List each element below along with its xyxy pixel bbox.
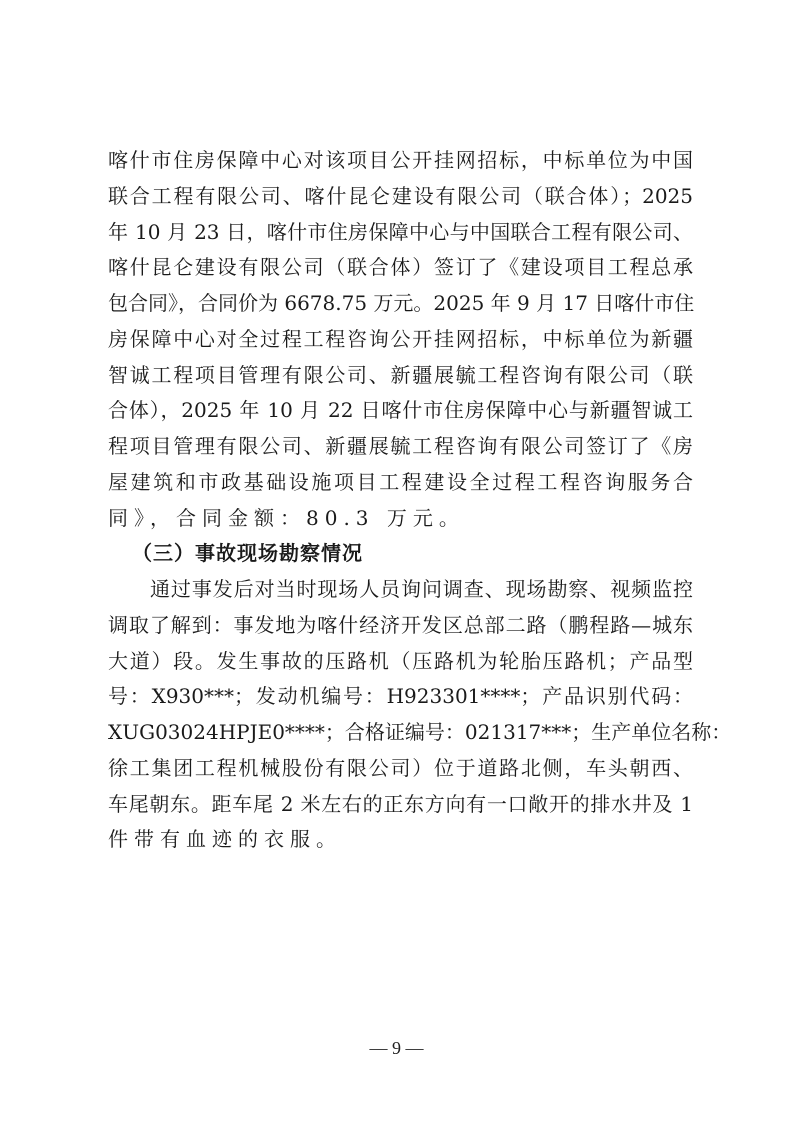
text-line: 屋建筑和市政基础设施项目工程建设全过程工程咨询服务合 [108, 465, 693, 501]
page-number: — 9 — [0, 1038, 793, 1059]
text-line: 喀什昆仑建设有限公司（联合体）签订了《建设项目工程总承 [108, 250, 693, 286]
paragraph-site-survey: 通过事发后对当时现场人员询问调查、现场勘察、视频监控 调取了解到：事发地为喀什经… [108, 572, 693, 858]
text-line: 车尾朝东。距车尾 2 米左右的正东方向有一口敞开的排水井及 1 [108, 787, 693, 823]
text-line: 调取了解到：事发地为喀什经济开发区总部二路（鹏程路—城东 [108, 608, 693, 644]
text-line: 喀什市住房保障中心对该项目公开挂网招标，中标单位为中国 [108, 143, 693, 179]
text-line: 包合同》，合同价为 6678.75 万元。2025 年 9 月 17 日喀什市住 [108, 286, 693, 322]
text-line: 房保障中心对全过程工程咨询公开挂网招标，中标单位为新疆 [108, 322, 693, 358]
text-line: XUG03024HPJE0****；合格证编号：021317***；生产单位名称… [108, 715, 693, 751]
text-line: 智诚工程项目管理有限公司、新疆展毓工程咨询有限公司（联 [108, 358, 693, 394]
text-line: 徐工集团工程机械股份有限公司）位于道路北侧，车头朝西、 [108, 751, 693, 787]
text-line: 合体），2025 年 10 月 22 日喀什市住房保障中心与新疆智诚工 [108, 393, 693, 429]
document-body: 喀什市住房保障中心对该项目公开挂网招标，中标单位为中国 联合工程有限公司、喀什昆… [108, 143, 693, 858]
section-heading: （三）事故现场勘察情况 [108, 536, 693, 572]
text-line: 大道）段。发生事故的压路机（压路机为轮胎压路机；产品型 [108, 644, 693, 680]
text-line: 号：X930***；发动机编号：H923301****；产品识别代码： [108, 679, 693, 715]
text-line: 件带有血迹的衣服。 [108, 822, 693, 858]
text-line: 年 10 月 23 日，喀什市住房保障中心与中国联合工程有限公司、 [108, 215, 693, 251]
text-line: 通过事发后对当时现场人员询问调查、现场勘察、视频监控 [108, 572, 693, 608]
paragraph-contract-info: 喀什市住房保障中心对该项目公开挂网招标，中标单位为中国 联合工程有限公司、喀什昆… [108, 143, 693, 536]
text-line: 程项目管理有限公司、新疆展毓工程咨询有限公司签订了《房 [108, 429, 693, 465]
text-line: 同》，合同金额：80.3 万元。 [108, 501, 693, 537]
text-line: 联合工程有限公司、喀什昆仑建设有限公司（联合体）；2025 [108, 179, 693, 215]
